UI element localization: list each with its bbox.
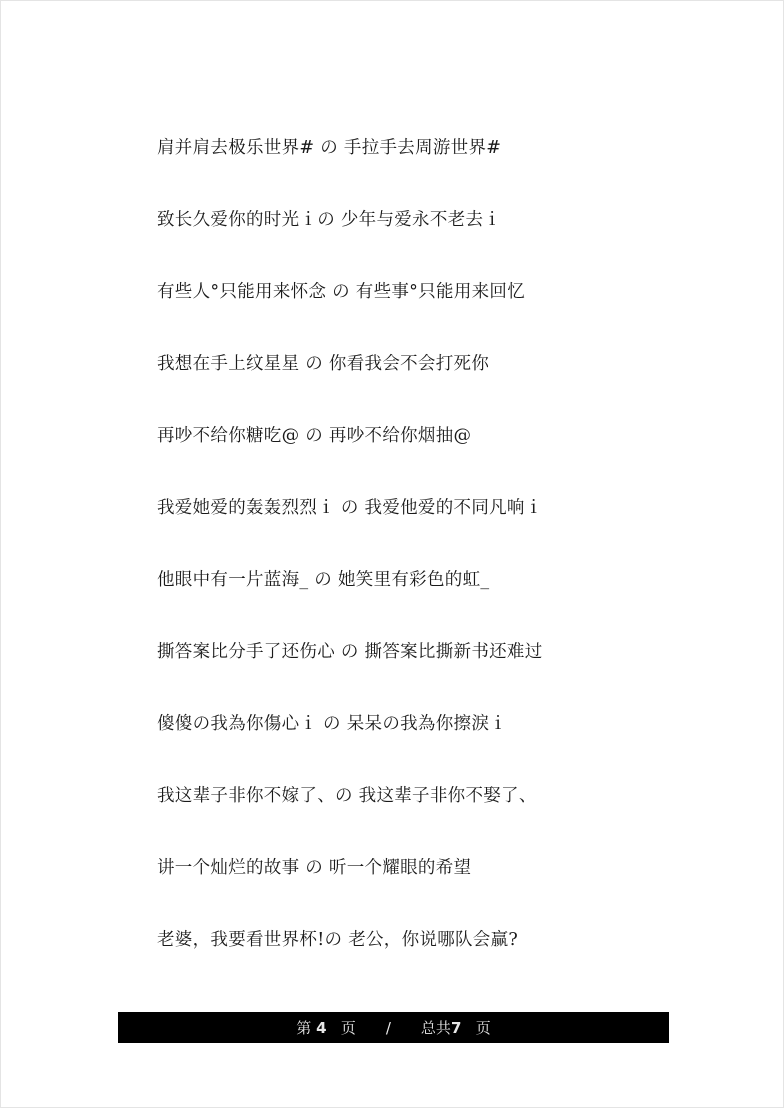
current-page-number: 4 (316, 1019, 326, 1037)
page-suffix: 页 (341, 1017, 356, 1038)
text-line: 我爱她爱的轰轰烈烈ｉ の 我爱他爱的不同凡响ｉ (157, 497, 543, 569)
text-line: 我想在手上纹星星 の 你看我会不会打死你 (157, 353, 543, 425)
text-line: 傻傻の我為你傷心ｉ の 呆呆の我為你擦淚ｉ (157, 713, 543, 785)
text-line: 有些人°只能用来怀念 の 有些事°只能用来回忆 (157, 281, 543, 353)
text-line: 讲一个灿烂的故事 の 听一个耀眼的希望 (157, 857, 543, 929)
text-line: 我这辈子非你不嫁了、の 我这辈子非你不娶了、 (157, 785, 543, 857)
text-line: 肩并肩去极乐世界# の 手拉手去周游世界# (157, 137, 543, 209)
page-prefix: 第 (296, 1017, 311, 1038)
text-line: 他眼中有一片蓝海_ の 她笑里有彩色的虹_ (157, 569, 543, 641)
page-footer: 第 4 页 / 总共 7 页 (118, 1012, 669, 1043)
total-prefix: 总共 (421, 1017, 451, 1038)
text-line: 再吵不给你糖吃@ の 再吵不给你烟抽@ (157, 425, 543, 497)
total-suffix: 页 (476, 1017, 491, 1038)
text-line: 致长久爱你的时光ｉの 少年与爱永不老去ｉ (157, 209, 543, 281)
total-page-count: 7 (451, 1019, 461, 1037)
text-lines: 肩并肩去极乐世界# の 手拉手去周游世界# 致长久爱你的时光ｉの 少年与爱永不老… (157, 137, 543, 1001)
page-separator: / (386, 1019, 391, 1037)
document-page: 肩并肩去极乐世界# の 手拉手去周游世界# 致长久爱你的时光ｉの 少年与爱永不老… (0, 0, 784, 1108)
text-line: 老婆，我要看世界杯!の 老公，你说哪队会赢? (157, 929, 543, 1001)
text-line: 撕答案比分手了还伤心 の 撕答案比撕新书还难过 (157, 641, 543, 713)
